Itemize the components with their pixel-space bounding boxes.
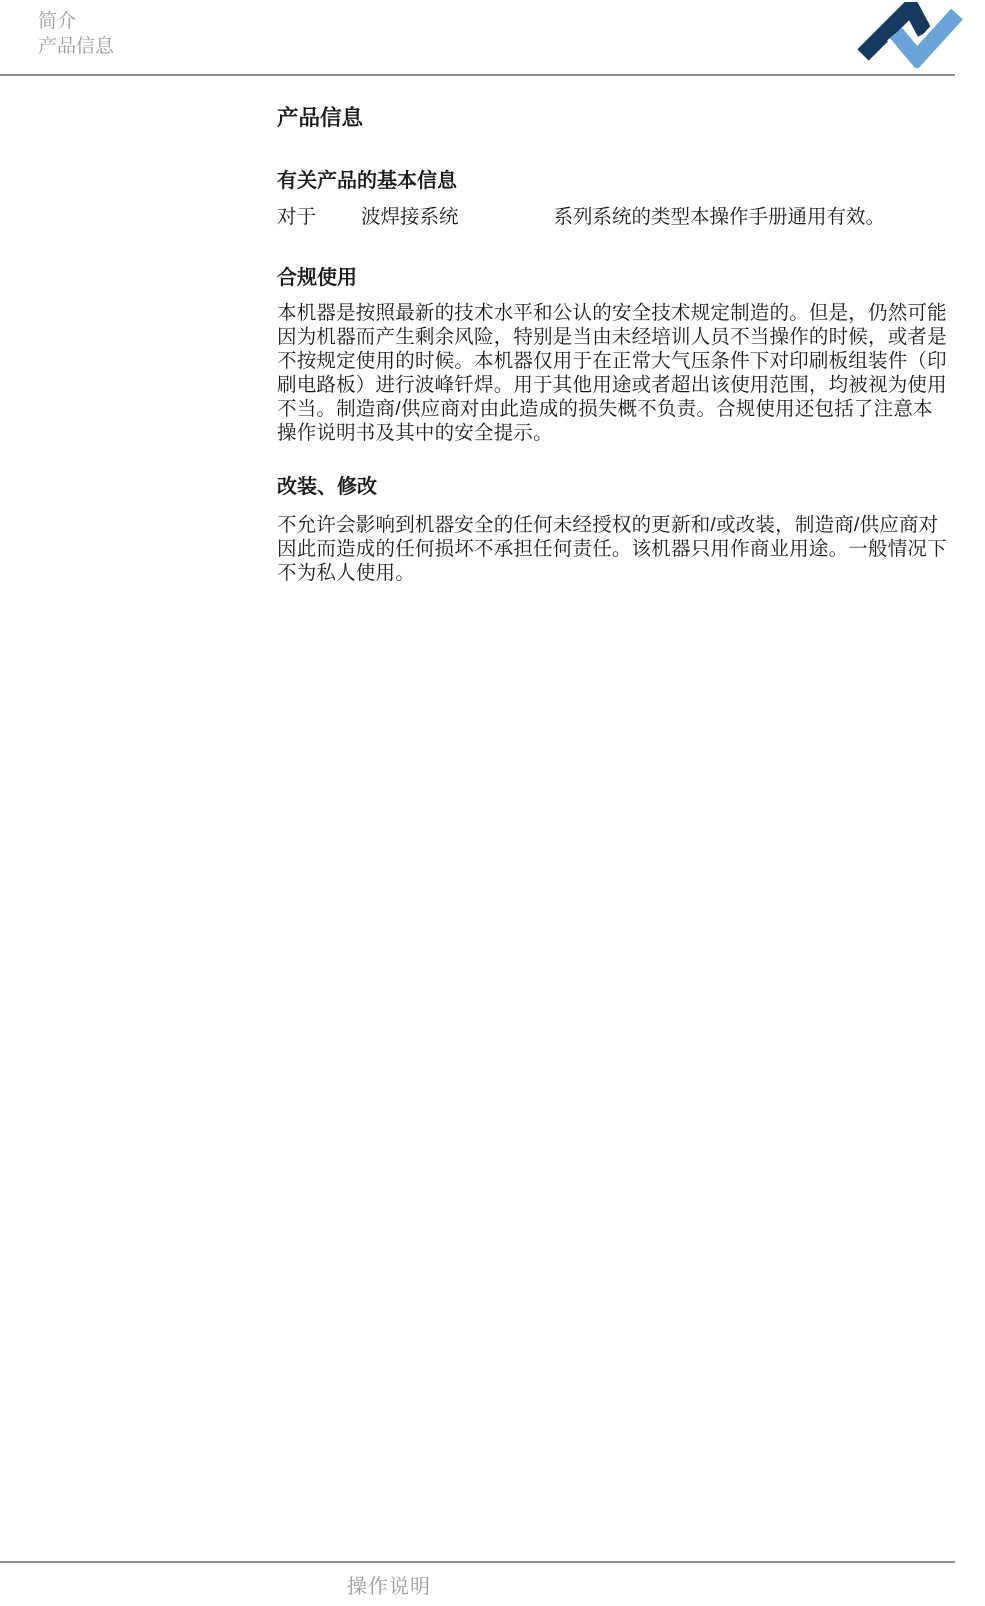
footer-divider [0, 1561, 955, 1563]
heading-compliant-use: 合规使用 [277, 266, 357, 290]
paragraph-modifications: 不允许会影响到机器安全的任何未经授权的更新和/或改装，制造商/供应商对 因此而造… [277, 513, 949, 585]
paragraph-compliant-use: 本机器是按照最新的技术水平和公认的安全技术规定制造的。但是，仍然可能 因为机器而… [277, 301, 949, 445]
header-divider [0, 74, 955, 76]
product-validity-line: 对于波焊接系统系列系统的类型本操作手册通用有效。 [277, 204, 885, 230]
heading-basic-product-info: 有关产品的基本信息 [277, 169, 457, 193]
running-header: 简介 产品信息 [38, 9, 114, 59]
manual-page: 简介 产品信息 产品信息 有关产品的基本信息 对于波焊接系统系列系统的类型本操作… [0, 0, 985, 1606]
intro-suffix: 系列系统的类型本操作手册通用有效。 [554, 206, 886, 228]
brand-check-logo-icon [838, 2, 966, 68]
page-title: 产品信息 [277, 105, 363, 131]
intro-prefix: 对于 [277, 206, 316, 228]
footer-doc-type: 操作说明 [347, 1575, 431, 1600]
heading-modifications: 改装、修改 [277, 475, 377, 499]
intro-system-name: 波焊接系统 [361, 206, 459, 228]
